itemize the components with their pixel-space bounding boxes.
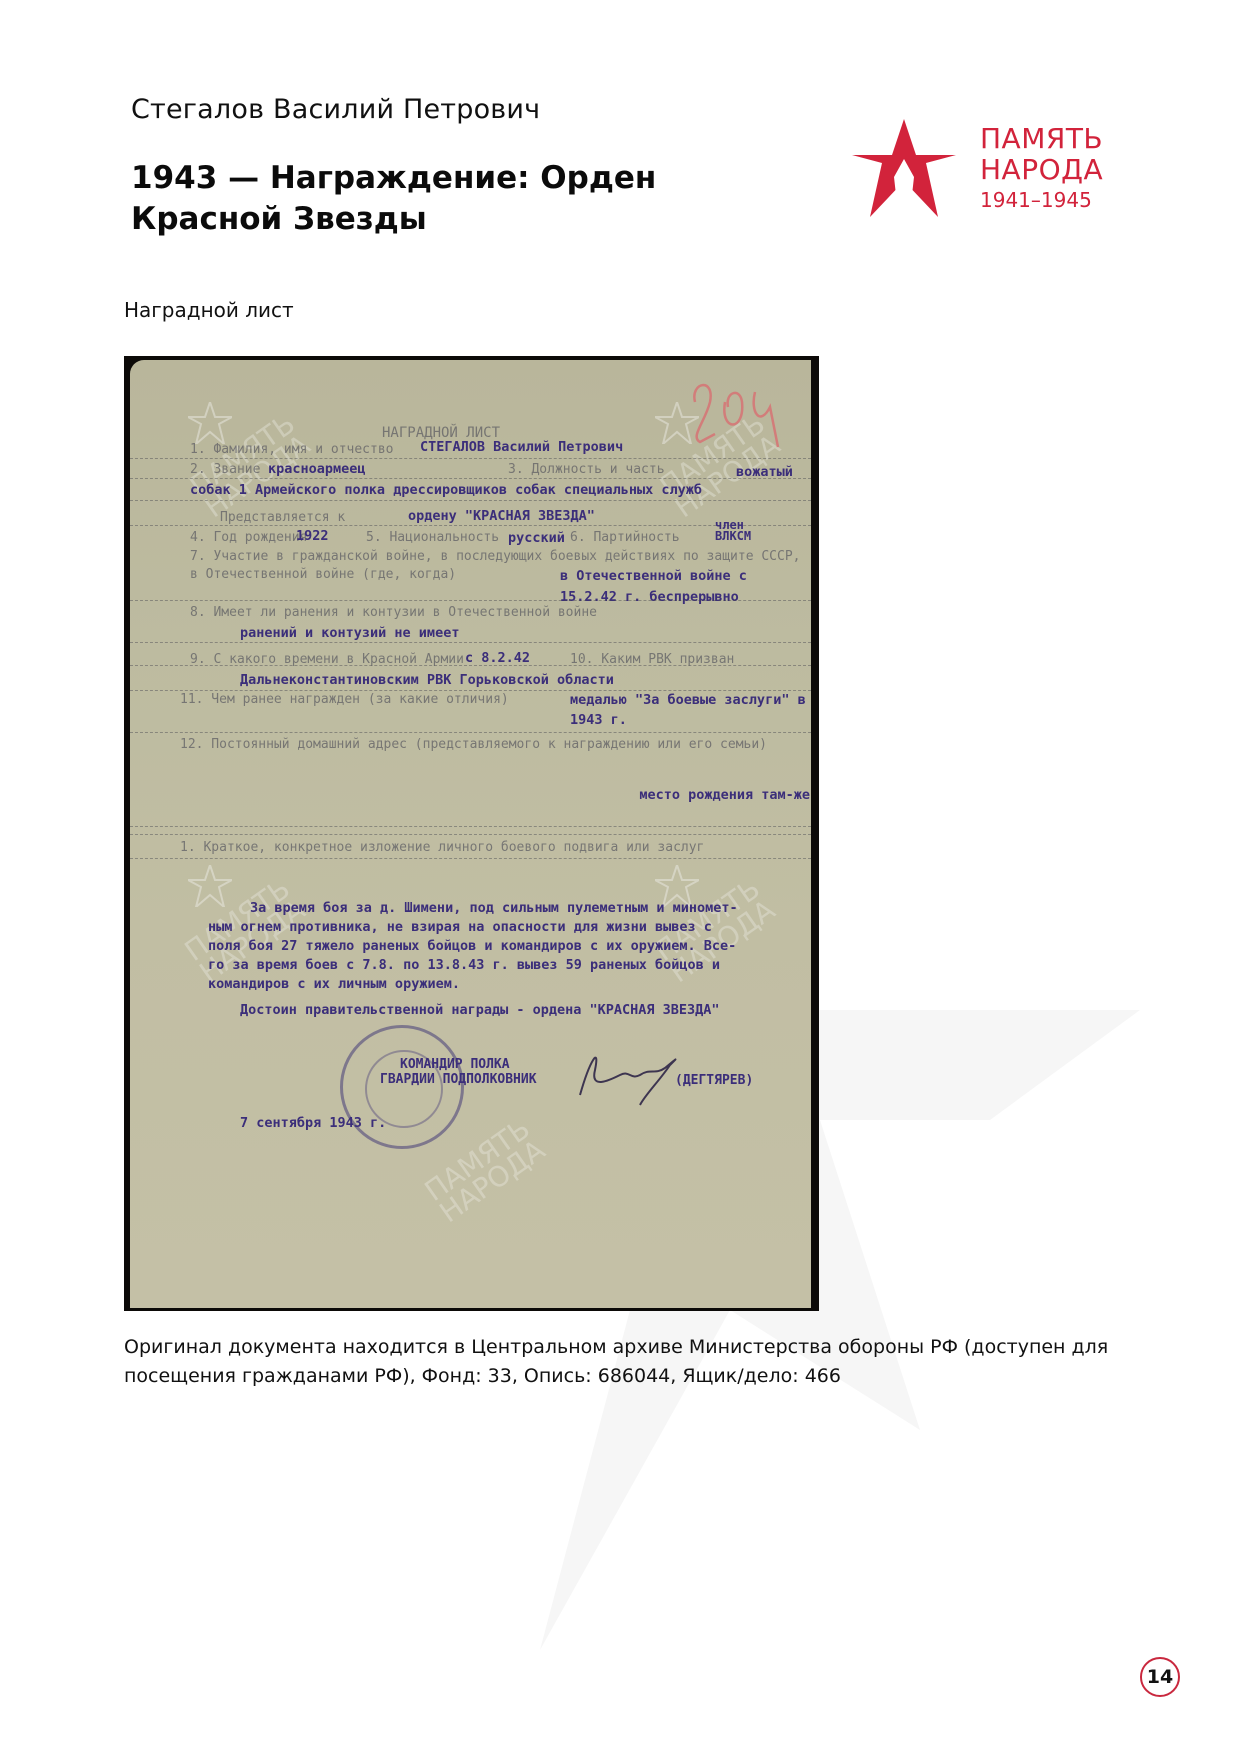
field-label: 6. Партийность (570, 530, 680, 545)
field-value-rvk: Дальнеконстантиновским РВК Горьковской о… (240, 672, 614, 688)
award-sheet-paper: ПАМЯТЬНАРОДА ПАМЯТЬНАРОДА ПАМЯТЬНАРОДА П… (130, 360, 811, 1308)
sheet-date: 7 сентября 1943 г. (240, 1115, 386, 1131)
field-label: 2. Звание (190, 462, 260, 477)
red-star-icon (852, 119, 956, 217)
field-value-nationality: русский (508, 530, 565, 546)
field-label: Представляется к (220, 510, 345, 525)
award-sheet-scan: ПАМЯТЬНАРОДА ПАМЯТЬНАРОДА ПАМЯТЬНАРОДА П… (124, 356, 819, 1311)
feat-label: 1. Краткое, конкретное изложение личного… (180, 840, 704, 855)
field-label: 11. Чем ранее награжден (за какие отличи… (180, 692, 509, 707)
feat-line: За время боя за д. Шимени, под сильным п… (250, 900, 738, 916)
logo-years: 1941–1945 (980, 187, 1103, 213)
signature-rank: ГВАРДИИ ПОДПОЛКОВНИК (380, 1072, 537, 1087)
field-label: 12. Постоянный домашний адрес (представл… (180, 736, 800, 754)
field-value-address: место рождения там-же (610, 785, 810, 805)
section-label: Наградной лист (124, 298, 294, 322)
watermark-star-icon (188, 865, 232, 907)
field-value-rank: красноармеец (268, 461, 366, 477)
feat-line: командиров с их личным оружием. (208, 976, 460, 992)
feat-line: ным огнем противника, не взирая на опасн… (208, 919, 712, 935)
page-title: 1943 — Награждение: Орден Красной Звезды (131, 158, 751, 240)
field-value-previous-awards: медалью "За боевые заслуги" в 1943 г. (570, 690, 811, 730)
person-name: Стегалов Василий Петрович (131, 94, 540, 125)
logo-line-2: НАРОДА (980, 154, 1103, 185)
field-value-award: ордену "КРАСНАЯ ЗВЕЗДА" (408, 508, 595, 524)
pamyat-naroda-logo: ПАМЯТЬ НАРОДА 1941–1945 (852, 115, 1122, 220)
conclusion: Достоин правительственной награды - орде… (240, 1002, 720, 1018)
watermark-star-icon (188, 402, 232, 444)
page-number: 14 (1140, 1657, 1180, 1697)
feat-line: поля боя 27 тяжело раненых бойцов и кома… (208, 938, 736, 954)
field-value-wounds: ранений и контузий не имеет (240, 625, 459, 641)
field-label: 1. Фамилия, имя и отчество (190, 442, 394, 457)
field-label: 10. Каким РВК призван (570, 652, 734, 667)
handwritten-number (670, 372, 790, 452)
feat-line: го за время боев с 7.8. по 13.8.43 г. вы… (208, 957, 720, 973)
field-label: 8. Имеет ли ранения и контузии в Отечест… (190, 605, 597, 620)
field-value-army-since: с 8.2.42 (465, 650, 530, 666)
signature-name: (ДЕГТЯРЕВ) (675, 1073, 753, 1088)
field-label: 9. С какого времени в Красной Армии (190, 652, 464, 667)
field-label: 4. Год рождения (190, 530, 307, 545)
field-value-party: член ВЛКСМ (715, 520, 775, 542)
field-label: 5. Национальность (366, 530, 499, 545)
signature-title: КОМАНДИР ПОЛКА (400, 1057, 510, 1072)
field-value-birth-year: 1922 (296, 528, 329, 544)
archive-caption: Оригинал документа находится в Центральн… (124, 1333, 1124, 1391)
logo-line-1: ПАМЯТЬ (980, 123, 1103, 154)
field-label: 3. Должность и часть (508, 462, 665, 477)
field-value-name: СТЕГАЛОВ Василий Петрович (420, 439, 623, 455)
field-value-unit: собак 1 Армейского полка дрессировщиков … (190, 482, 702, 498)
field-value-war-participation: в Отечественной войне с 15.2.42 г. беспр… (560, 566, 790, 608)
